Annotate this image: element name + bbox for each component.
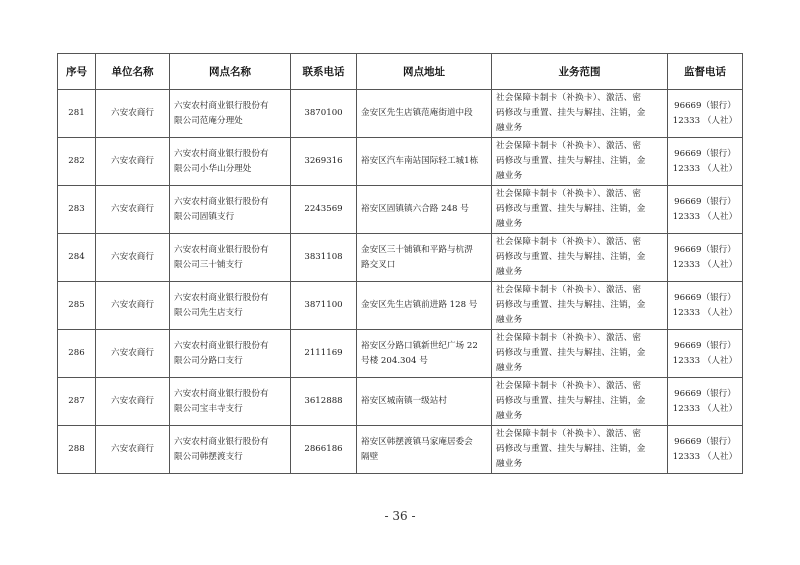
supervision-phone-social: 12333 （人社） bbox=[672, 210, 738, 225]
scope-line: 融业务 bbox=[496, 265, 663, 280]
supervision-phone-social: 12333 （人社） bbox=[672, 354, 738, 369]
branch-name-line: 限公司范庵分理处 bbox=[174, 114, 286, 129]
branch-name-line: 六安农村商业银行股份有 bbox=[174, 435, 286, 450]
scope-line: 码修改与重置、挂失与解挂、注销，金 bbox=[496, 250, 663, 265]
scope-line: 码修改与重置、挂失与解挂、注销，金 bbox=[496, 442, 663, 457]
scope-line: 码修改与重置、挂失与解挂、注销，金 bbox=[496, 154, 663, 169]
supervision-phone-social: 12333 （人社） bbox=[672, 450, 738, 465]
supervision-phone-social: 12333 （人社） bbox=[672, 114, 738, 129]
cell-phone: 3831108 bbox=[291, 234, 357, 282]
scope-line: 融业务 bbox=[496, 361, 663, 376]
table-row: 288六安农商行六安农村商业银行股份有限公司韩摆渡支行2866186裕安区韩摆渡… bbox=[58, 426, 743, 474]
scope-line: 码修改与重置、挂失与解挂、注销，金 bbox=[496, 106, 663, 121]
cell-branch: 六安农村商业银行股份有限公司韩摆渡支行 bbox=[170, 426, 291, 474]
scope-line: 社会保障卡制卡（补换卡）、激活、密 bbox=[496, 379, 663, 394]
address-line: 金安区先生店镇前进路 128 号 bbox=[361, 298, 487, 313]
cell-unit: 六安农商行 bbox=[96, 90, 170, 138]
branch-name-line: 六安农村商业银行股份有 bbox=[174, 291, 286, 306]
unit-name: 六安农商行 bbox=[111, 348, 154, 358]
contact-phone: 3612888 bbox=[304, 396, 342, 406]
cell-supervision: 96669（银行）12333 （人社） bbox=[668, 234, 743, 282]
row-number: 281 bbox=[68, 108, 84, 118]
row-number: 284 bbox=[68, 252, 84, 262]
branch-name-line: 六安农村商业银行股份有 bbox=[174, 243, 286, 258]
header-no: 序号 bbox=[58, 54, 96, 90]
cell-branch: 六安农村商业银行股份有限公司先生店支行 bbox=[170, 282, 291, 330]
unit-name: 六安农商行 bbox=[111, 300, 154, 310]
unit-name: 六安农商行 bbox=[111, 444, 154, 454]
scope-line: 社会保障卡制卡（补换卡）、激活、密 bbox=[496, 283, 663, 298]
row-number: 287 bbox=[68, 396, 84, 406]
supervision-phone-social: 12333 （人社） bbox=[672, 306, 738, 321]
supervision-phone-social: 12333 （人社） bbox=[672, 162, 738, 177]
contact-phone: 3831108 bbox=[304, 252, 342, 262]
supervision-phone-bank: 96669（银行） bbox=[672, 435, 738, 450]
row-number: 288 bbox=[68, 444, 84, 454]
cell-phone: 3870100 bbox=[291, 90, 357, 138]
cell-address: 裕安区固镇镇六合路 248 号 bbox=[357, 186, 492, 234]
branch-name-line: 六安农村商业银行股份有 bbox=[174, 99, 286, 114]
contact-phone: 3871100 bbox=[304, 300, 342, 310]
cell-scope: 社会保障卡制卡（补换卡）、激活、密码修改与重置、挂失与解挂、注销，金融业务 bbox=[492, 426, 668, 474]
address-line: 金安区三十铺镇和平路与杭淠 bbox=[361, 243, 487, 258]
branch-name-line: 限公司分路口支行 bbox=[174, 354, 286, 369]
cell-no: 282 bbox=[58, 138, 96, 186]
header-unit: 单位名称 bbox=[96, 54, 170, 90]
scope-line: 社会保障卡制卡（补换卡）、激活、密 bbox=[496, 331, 663, 346]
row-number: 282 bbox=[68, 156, 84, 166]
scope-line: 码修改与重置、挂失与解挂、注销，金 bbox=[496, 346, 663, 361]
cell-scope: 社会保障卡制卡（补换卡）、激活、密码修改与重置、挂失与解挂、注销，金融业务 bbox=[492, 282, 668, 330]
branch-name-line: 六安农村商业银行股份有 bbox=[174, 195, 286, 210]
row-number: 283 bbox=[68, 204, 84, 214]
scope-line: 融业务 bbox=[496, 121, 663, 136]
branch-name-line: 限公司先生店支行 bbox=[174, 306, 286, 321]
cell-no: 284 bbox=[58, 234, 96, 282]
header-branch: 网点名称 bbox=[170, 54, 291, 90]
address-line: 裕安区分路口镇新世纪广场 22 bbox=[361, 339, 487, 354]
cell-phone: 3269316 bbox=[291, 138, 357, 186]
cell-no: 288 bbox=[58, 426, 96, 474]
branch-name-line: 六安农村商业银行股份有 bbox=[174, 387, 286, 402]
cell-phone: 2243569 bbox=[291, 186, 357, 234]
scope-line: 社会保障卡制卡（补换卡）、激活、密 bbox=[496, 139, 663, 154]
scope-line: 码修改与重置、挂失与解挂、注销，金 bbox=[496, 298, 663, 313]
unit-name: 六安农商行 bbox=[111, 156, 154, 166]
cell-unit: 六安农商行 bbox=[96, 330, 170, 378]
scope-line: 社会保障卡制卡（补换卡）、激活、密 bbox=[496, 91, 663, 106]
address-line: 路交叉口 bbox=[361, 258, 487, 273]
cell-supervision: 96669（银行）12333 （人社） bbox=[668, 426, 743, 474]
address-line: 金安区先生店镇范庵街道中段 bbox=[361, 106, 487, 121]
scope-line: 码修改与重置、挂失与解挂、注销，金 bbox=[496, 394, 663, 409]
cell-scope: 社会保障卡制卡（补换卡）、激活、密码修改与重置、挂失与解挂、注销，金融业务 bbox=[492, 330, 668, 378]
supervision-phone-bank: 96669（银行） bbox=[672, 99, 738, 114]
header-supervision: 监督电话 bbox=[668, 54, 743, 90]
cell-scope: 社会保障卡制卡（补换卡）、激活、密码修改与重置、挂失与解挂、注销，金融业务 bbox=[492, 378, 668, 426]
address-line: 裕安区汽车南站国际轻工城1栋 bbox=[361, 154, 487, 169]
table-row: 281六安农商行六安农村商业银行股份有限公司范庵分理处3870100金安区先生店… bbox=[58, 90, 743, 138]
page-number: - 36 - bbox=[0, 509, 800, 523]
scope-line: 融业务 bbox=[496, 457, 663, 472]
supervision-phone-bank: 96669（银行） bbox=[672, 147, 738, 162]
cell-unit: 六安农商行 bbox=[96, 138, 170, 186]
cell-unit: 六安农商行 bbox=[96, 378, 170, 426]
table-row: 287六安农商行六安农村商业银行股份有限公司宝丰寺支行3612888裕安区城南镇… bbox=[58, 378, 743, 426]
cell-supervision: 96669（银行）12333 （人社） bbox=[668, 330, 743, 378]
supervision-phone-bank: 96669（银行） bbox=[672, 243, 738, 258]
scope-line: 社会保障卡制卡（补换卡）、激活、密 bbox=[496, 427, 663, 442]
cell-supervision: 96669（银行）12333 （人社） bbox=[668, 186, 743, 234]
table-row: 285六安农商行六安农村商业银行股份有限公司先生店支行3871100金安区先生店… bbox=[58, 282, 743, 330]
header-scope: 业务范围 bbox=[492, 54, 668, 90]
branch-name-line: 六安农村商业银行股份有 bbox=[174, 147, 286, 162]
address-line: 裕安区韩摆渡镇马家庵居委会 bbox=[361, 435, 487, 450]
scope-line: 融业务 bbox=[496, 169, 663, 184]
supervision-phone-bank: 96669（银行） bbox=[672, 195, 738, 210]
branch-name-line: 限公司三十铺支行 bbox=[174, 258, 286, 273]
table-row: 286六安农商行六安农村商业银行股份有限公司分路口支行2111169裕安区分路口… bbox=[58, 330, 743, 378]
cell-address: 裕安区汽车南站国际轻工城1栋 bbox=[357, 138, 492, 186]
cell-supervision: 96669（银行）12333 （人社） bbox=[668, 90, 743, 138]
cell-branch: 六安农村商业银行股份有限公司固镇支行 bbox=[170, 186, 291, 234]
table-row: 282六安农商行六安农村商业银行股份有限公司小华山分理处3269316裕安区汽车… bbox=[58, 138, 743, 186]
header-address: 网点地址 bbox=[357, 54, 492, 90]
branch-name-line: 六安农村商业银行股份有 bbox=[174, 339, 286, 354]
cell-no: 283 bbox=[58, 186, 96, 234]
cell-address: 裕安区城南镇一级站村 bbox=[357, 378, 492, 426]
branch-name-line: 限公司小华山分理处 bbox=[174, 162, 286, 177]
unit-name: 六安农商行 bbox=[111, 252, 154, 262]
supervision-phone-bank: 96669（银行） bbox=[672, 387, 738, 402]
contact-phone: 2243569 bbox=[304, 204, 342, 214]
table-row: 283六安农商行六安农村商业银行股份有限公司固镇支行2243569裕安区固镇镇六… bbox=[58, 186, 743, 234]
branch-name-line: 限公司宝丰寺支行 bbox=[174, 402, 286, 417]
unit-name: 六安农商行 bbox=[111, 204, 154, 214]
contact-phone: 2111169 bbox=[304, 348, 342, 358]
unit-name: 六安农商行 bbox=[111, 396, 154, 406]
branch-table: 序号 单位名称 网点名称 联系电话 网点地址 业务范围 监督电话 281六安农商… bbox=[57, 53, 743, 474]
cell-scope: 社会保障卡制卡（补换卡）、激活、密码修改与重置、挂失与解挂、注销，金融业务 bbox=[492, 138, 668, 186]
row-number: 286 bbox=[68, 348, 84, 358]
cell-supervision: 96669（银行）12333 （人社） bbox=[668, 138, 743, 186]
cell-unit: 六安农商行 bbox=[96, 186, 170, 234]
scope-line: 社会保障卡制卡（补换卡）、激活、密 bbox=[496, 235, 663, 250]
cell-branch: 六安农村商业银行股份有限公司范庵分理处 bbox=[170, 90, 291, 138]
address-line: 隔壁 bbox=[361, 450, 487, 465]
cell-scope: 社会保障卡制卡（补换卡）、激活、密码修改与重置、挂失与解挂、注销，金融业务 bbox=[492, 90, 668, 138]
cell-address: 裕安区分路口镇新世纪广场 22号楼 204.304 号 bbox=[357, 330, 492, 378]
cell-no: 286 bbox=[58, 330, 96, 378]
supervision-phone-social: 12333 （人社） bbox=[672, 402, 738, 417]
cell-phone: 3612888 bbox=[291, 378, 357, 426]
address-line: 裕安区固镇镇六合路 248 号 bbox=[361, 202, 487, 217]
cell-branch: 六安农村商业银行股份有限公司小华山分理处 bbox=[170, 138, 291, 186]
cell-address: 裕安区韩摆渡镇马家庵居委会隔壁 bbox=[357, 426, 492, 474]
address-line: 号楼 204.304 号 bbox=[361, 354, 487, 369]
row-number: 285 bbox=[68, 300, 84, 310]
cell-scope: 社会保障卡制卡（补换卡）、激活、密码修改与重置、挂失与解挂、注销，金融业务 bbox=[492, 234, 668, 282]
cell-scope: 社会保障卡制卡（补换卡）、激活、密码修改与重置、挂失与解挂、注销，金融业务 bbox=[492, 186, 668, 234]
scope-line: 融业务 bbox=[496, 409, 663, 424]
cell-address: 金安区先生店镇范庵街道中段 bbox=[357, 90, 492, 138]
supervision-phone-social: 12333 （人社） bbox=[672, 258, 738, 273]
unit-name: 六安农商行 bbox=[111, 108, 154, 118]
contact-phone: 3269316 bbox=[304, 156, 342, 166]
cell-unit: 六安农商行 bbox=[96, 282, 170, 330]
cell-unit: 六安农商行 bbox=[96, 426, 170, 474]
cell-no: 285 bbox=[58, 282, 96, 330]
contact-phone: 3870100 bbox=[304, 108, 342, 118]
cell-no: 287 bbox=[58, 378, 96, 426]
scope-line: 码修改与重置、挂失与解挂、注销，金 bbox=[496, 202, 663, 217]
cell-unit: 六安农商行 bbox=[96, 234, 170, 282]
address-line: 裕安区城南镇一级站村 bbox=[361, 394, 487, 409]
cell-supervision: 96669（银行）12333 （人社） bbox=[668, 282, 743, 330]
header-phone: 联系电话 bbox=[291, 54, 357, 90]
table-row: 284六安农商行六安农村商业银行股份有限公司三十铺支行3831108金安区三十铺… bbox=[58, 234, 743, 282]
cell-branch: 六安农村商业银行股份有限公司三十铺支行 bbox=[170, 234, 291, 282]
supervision-phone-bank: 96669（银行） bbox=[672, 339, 738, 354]
cell-address: 金安区三十铺镇和平路与杭淠路交叉口 bbox=[357, 234, 492, 282]
cell-address: 金安区先生店镇前进路 128 号 bbox=[357, 282, 492, 330]
cell-phone: 3871100 bbox=[291, 282, 357, 330]
cell-phone: 2111169 bbox=[291, 330, 357, 378]
scope-line: 社会保障卡制卡（补换卡）、激活、密 bbox=[496, 187, 663, 202]
scope-line: 融业务 bbox=[496, 217, 663, 232]
cell-branch: 六安农村商业银行股份有限公司宝丰寺支行 bbox=[170, 378, 291, 426]
table-header-row: 序号 单位名称 网点名称 联系电话 网点地址 业务范围 监督电话 bbox=[58, 54, 743, 90]
branch-name-line: 限公司韩摆渡支行 bbox=[174, 450, 286, 465]
cell-branch: 六安农村商业银行股份有限公司分路口支行 bbox=[170, 330, 291, 378]
cell-supervision: 96669（银行）12333 （人社） bbox=[668, 378, 743, 426]
supervision-phone-bank: 96669（银行） bbox=[672, 291, 738, 306]
contact-phone: 2866186 bbox=[304, 444, 342, 454]
branch-name-line: 限公司固镇支行 bbox=[174, 210, 286, 225]
scope-line: 融业务 bbox=[496, 313, 663, 328]
cell-phone: 2866186 bbox=[291, 426, 357, 474]
cell-no: 281 bbox=[58, 90, 96, 138]
